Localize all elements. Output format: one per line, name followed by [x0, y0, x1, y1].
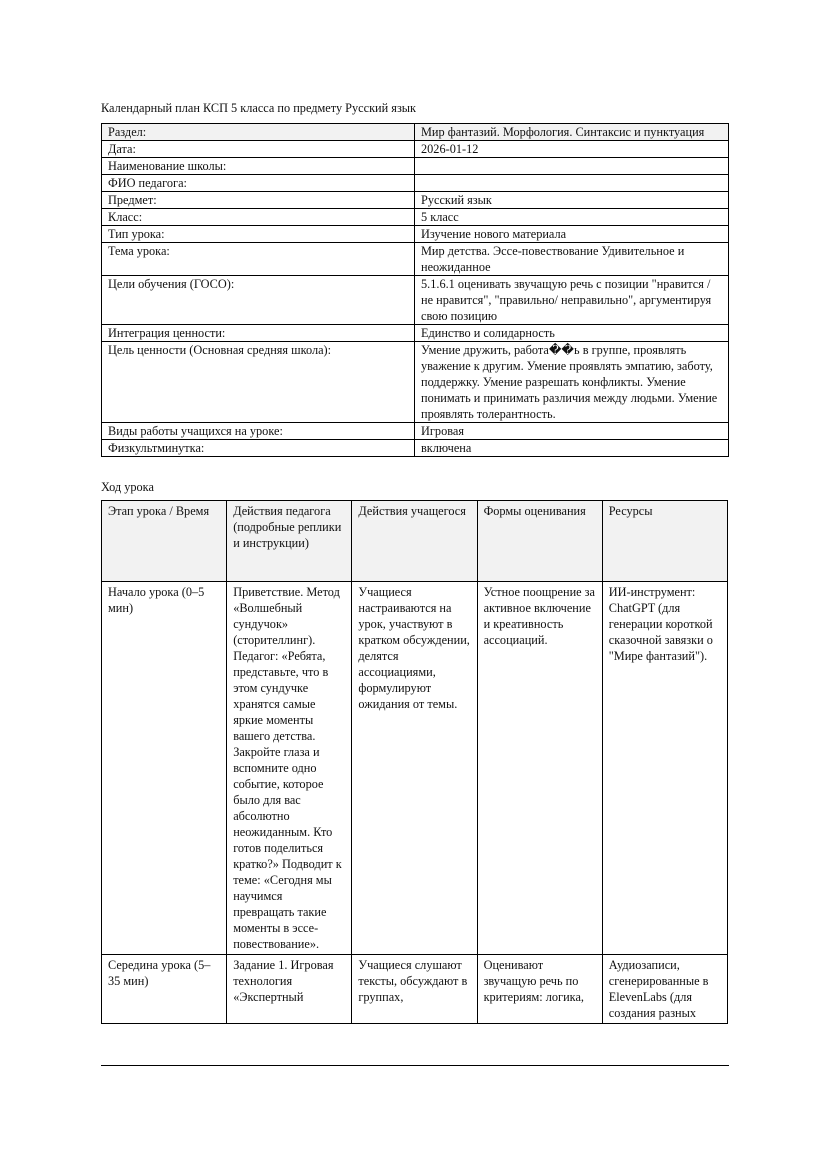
- info-label: Физкультминутка:: [102, 440, 415, 457]
- header-student-actions: Действия учащегося: [352, 501, 477, 582]
- info-row: Дата:2026-01-12: [102, 141, 729, 158]
- info-row: Физкультминутка:включена: [102, 440, 729, 457]
- info-label: Наименование школы:: [102, 158, 415, 175]
- info-label: Интеграция ценности:: [102, 325, 415, 342]
- cell-teacher-actions: Задание 1. Игровая технология «Экспертны…: [227, 955, 352, 1024]
- info-label: ФИО педагога:: [102, 175, 415, 192]
- info-value: включена: [415, 440, 729, 457]
- info-row: Тема урока:Мир детства. Эссе-повествован…: [102, 243, 729, 276]
- info-value: Умение дружить, работа��ь в группе, проя…: [415, 342, 729, 423]
- info-label: Класс:: [102, 209, 415, 226]
- header-assessment: Формы оценивания: [477, 501, 602, 582]
- cell-assessment: Оценивают звучащую речь по критериям: ло…: [477, 955, 602, 1024]
- header-resources: Ресурсы: [602, 501, 727, 582]
- table-row: Начало урока (0–5 мин) Приветствие. Мето…: [102, 582, 728, 955]
- header-teacher-actions: Действия педагога (подробные реплики и и…: [227, 501, 352, 582]
- cell-student-actions: Учащиеся слушают тексты, обсуждают в гру…: [352, 955, 477, 1024]
- page-title: Календарный план КСП 5 класса по предмет…: [101, 100, 416, 116]
- info-row: Наименование школы:: [102, 158, 729, 175]
- cell-teacher-actions: Приветствие. Метод «Волшебный сундучок» …: [227, 582, 352, 955]
- info-value: 5.1.6.1 оценивать звучащую речь с позици…: [415, 276, 729, 325]
- info-value: [415, 175, 729, 192]
- info-row: ФИО педагога:: [102, 175, 729, 192]
- info-row: Цели обучения (ГОСО):5.1.6.1 оценивать з…: [102, 276, 729, 325]
- cell-resources: ИИ-инструмент: ChatGPT (для генерации ко…: [602, 582, 727, 955]
- cell-resources: Аудиозаписи, сгенерированные в ElevenLab…: [602, 955, 727, 1024]
- info-value: Игровая: [415, 423, 729, 440]
- info-value: Русский язык: [415, 192, 729, 209]
- info-row: Класс:5 класс: [102, 209, 729, 226]
- info-row: Интеграция ценности:Единство и солидарно…: [102, 325, 729, 342]
- info-value: Единство и солидарность: [415, 325, 729, 342]
- info-label: Дата:: [102, 141, 415, 158]
- info-value: Мир фантазий. Морфология. Синтаксис и пу…: [415, 124, 729, 141]
- table-row: Середина урока (5–35 мин) Задание 1. Игр…: [102, 955, 728, 1024]
- lesson-info-table: Раздел:Мир фантазий. Морфология. Синтакс…: [101, 123, 729, 457]
- info-label: Тип урока:: [102, 226, 415, 243]
- cell-stage: Начало урока (0–5 мин): [102, 582, 227, 955]
- cell-stage: Середина урока (5–35 мин): [102, 955, 227, 1024]
- info-label: Виды работы учащихся на уроке:: [102, 423, 415, 440]
- info-value: 5 класс: [415, 209, 729, 226]
- info-row: Тип урока:Изучение нового материала: [102, 226, 729, 243]
- info-label: Цель ценности (Основная средняя школа):: [102, 342, 415, 423]
- info-row: Виды работы учащихся на уроке:Игровая: [102, 423, 729, 440]
- cell-assessment: Устное поощрение за активное включение и…: [477, 582, 602, 955]
- info-row: Предмет:Русский язык: [102, 192, 729, 209]
- info-value: Мир детства. Эссе-повествование Удивител…: [415, 243, 729, 276]
- header-stage: Этап урока / Время: [102, 501, 227, 582]
- info-label: Цели обучения (ГОСО):: [102, 276, 415, 325]
- section-heading: Ход урока: [101, 479, 154, 495]
- lesson-flow-table: Этап урока / Время Действия педагога (по…: [101, 500, 728, 1024]
- info-row: Цель ценности (Основная средняя школа):У…: [102, 342, 729, 423]
- info-label: Предмет:: [102, 192, 415, 209]
- info-value: [415, 158, 729, 175]
- table-header-row: Этап урока / Время Действия педагога (по…: [102, 501, 728, 582]
- info-label: Раздел:: [102, 124, 415, 141]
- info-value: Изучение нового материала: [415, 226, 729, 243]
- info-label: Тема урока:: [102, 243, 415, 276]
- cell-student-actions: Учащиеся настраиваются на урок, участвую…: [352, 582, 477, 955]
- info-value: 2026-01-12: [415, 141, 729, 158]
- info-row: Раздел:Мир фантазий. Морфология. Синтакс…: [102, 124, 729, 141]
